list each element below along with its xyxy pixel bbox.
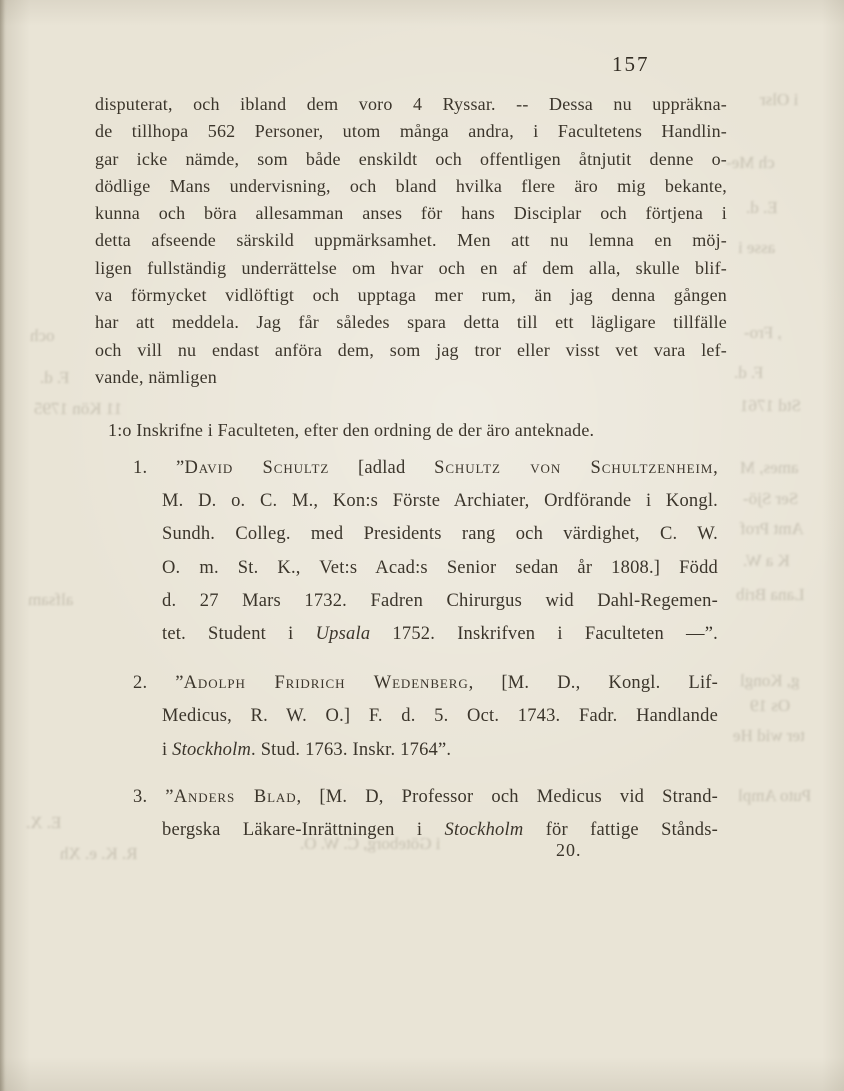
text-segment: 2. ” [133, 673, 184, 693]
bleed-through-text: och [30, 326, 55, 346]
bleed-through-text: , Fro- [744, 323, 782, 343]
text-segment: detta afseende särskild uppmärksamhet. M… [95, 230, 727, 250]
text-segment: Medicus, R. W. O.] F. d. 5. Oct. 1743. F… [162, 706, 718, 726]
text-line: dödlige Mans undervisning, och bland hvi… [95, 173, 727, 200]
text-segment: [adlad [329, 458, 434, 478]
bleed-through-text: E. X. [26, 813, 61, 833]
person-name: David Schultz [184, 458, 329, 478]
text-segment: va förmycket vidlöftigt och upptaga mer … [95, 285, 727, 305]
bleed-through-text: g, Kongl [740, 671, 800, 691]
bleed-through-text: ch Me- [726, 153, 775, 173]
bleed-through-text: F. d. [40, 368, 69, 388]
text-segment: M. D. o. C. M., Kon:s Förste Archiater, … [162, 491, 718, 511]
text-line: Sundh. Colleg. med Presidents rang och v… [162, 518, 718, 551]
text-segment: disputerat, och ibland dem voro 4 Ryssar… [95, 94, 727, 114]
text-line: va förmycket vidlöftigt och upptaga mer … [95, 282, 727, 309]
bleed-through-text: Ser Sjö- [743, 489, 798, 509]
text-line: M. D. o. C. M., Kon:s Förste Archiater, … [162, 485, 718, 518]
italic-text: Stockholm [445, 820, 524, 840]
bleed-through-text: Amt Prof [740, 519, 804, 539]
bleed-through-text: 11 Kön 1795 [34, 399, 122, 419]
text-line: tet. Student i Upsala 1752. Inskrifven i… [162, 618, 718, 651]
text-segment: i [162, 740, 172, 760]
text-segment: 1752. Inskrifven i Faculteten —”. [370, 624, 718, 644]
bleed-through-text: i Olsr [760, 90, 798, 110]
text-line: 1. ”David Schultz [adlad Schultz von Sch… [162, 452, 718, 485]
book-page: i Olsrch Me-E. d.asse i, Fro-F. d.Std 17… [0, 0, 844, 1091]
section-heading: 1:o Inskrifne i Faculteten, efter den or… [108, 417, 728, 443]
text-segment: bergska Läkare-Inrättningen i [162, 820, 445, 840]
text-line: d. 27 Mars 1732. Fadren Chirurgus wid Da… [162, 585, 718, 618]
text-line: och vill nu endast anföra dem, som jag t… [95, 337, 727, 364]
text-segment: , [713, 458, 718, 478]
text-segment: för fattige Stånds- [523, 820, 718, 840]
text-segment: de tillhopa 562 Personer, utom många and… [95, 121, 727, 141]
italic-text: Upsala [316, 624, 371, 644]
text-line: disputerat, och ibland dem voro 4 Ryssar… [95, 91, 727, 118]
text-line: 1:o Inskrifne i Faculteten, efter den or… [108, 417, 728, 443]
text-segment: vande, nämligen [95, 367, 217, 387]
bleed-through-text: ter wid He [733, 726, 805, 746]
person-name: Anders Blad [174, 787, 297, 807]
text-segment: har att meddela. Jag får således spara d… [95, 312, 727, 332]
bleed-through-text: Puto Ampl [738, 786, 811, 806]
list-entry: 2. ”Adolph Fridrich Wedenberg, [M. D., K… [162, 667, 718, 767]
bleed-through-text: Os 19 [750, 696, 790, 716]
text-line: gar icke nämde, som både enskildt och of… [95, 146, 727, 173]
text-line: kunna och böra allesamman anses för hans… [95, 200, 727, 227]
text-segment: 1:o Inskrifne i Faculteten, efter den or… [108, 420, 594, 440]
text-line: i Stockholm. Stud. 1763. Inskr. 1764”. [162, 734, 718, 767]
text-segment: , [M. D., Kongl. Lif- [469, 673, 718, 693]
list-entry: 3. ”Anders Blad, [M. D, Professor och Me… [162, 781, 718, 847]
text-segment: Sundh. Colleg. med Presidents rang och v… [162, 524, 718, 544]
bleed-through-text: Std 1761 [740, 396, 801, 416]
signature-mark: 20. [556, 840, 582, 861]
text-line: de tillhopa 562 Personer, utom många and… [95, 118, 727, 145]
bleed-through-text: E. d. [746, 198, 778, 218]
person-name: Adolph Fridrich Wedenberg [184, 673, 469, 693]
bleed-through-text: F. d. [734, 363, 763, 383]
text-line: vande, nämligen [95, 364, 727, 391]
text-segment: dödlige Mans undervisning, och bland hvi… [95, 176, 727, 196]
text-segment: ligen fullständig underrättelse om hvar … [95, 258, 727, 278]
intro-paragraph: disputerat, och ibland dem voro 4 Ryssar… [95, 91, 727, 391]
text-segment: d. 27 Mars 1732. Fadren Chirurgus wid Da… [162, 591, 718, 611]
text-segment: 3. ” [133, 787, 174, 807]
text-line: O. m. St. K., Vet:s Acad:s Senior sedan … [162, 552, 718, 585]
page-edge-shadow [0, 0, 5, 1091]
text-segment: O. m. St. K., Vet:s Acad:s Senior sedan … [162, 558, 718, 578]
bleed-through-text: Lana Brib [736, 585, 804, 605]
text-segment: . Stud. 1763. Inskr. 1764”. [251, 740, 451, 760]
text-line: 3. ”Anders Blad, [M. D, Professor och Me… [162, 781, 718, 814]
text-segment: och vill nu endast anföra dem, som jag t… [95, 340, 727, 360]
bleed-through-text: ames, M [740, 458, 799, 478]
page-number: 157 [612, 52, 650, 77]
text-segment: , [M. D, Professor och Medicus vid Stran… [297, 787, 719, 807]
text-line: har att meddela. Jag får således spara d… [95, 309, 727, 336]
bleed-through-text: K a W. [743, 551, 790, 571]
text-line: Medicus, R. W. O.] F. d. 5. Oct. 1743. F… [162, 700, 718, 733]
text-segment: 1. ” [133, 458, 184, 478]
italic-text: Stockholm [172, 740, 251, 760]
bleed-through-text: asse i [738, 238, 775, 258]
text-line: 2. ”Adolph Fridrich Wedenberg, [M. D., K… [162, 667, 718, 700]
text-line: ligen fullständig underrättelse om hvar … [95, 255, 727, 282]
bleed-through-text: alfsam [28, 590, 73, 610]
text-line: bergska Läkare-Inrättningen i Stockholm … [162, 814, 718, 847]
text-line: detta afseende särskild uppmärksamhet. M… [95, 227, 727, 254]
text-segment: kunna och böra allesamman anses för hans… [95, 203, 727, 223]
list-entry: 1. ”David Schultz [adlad Schultz von Sch… [162, 452, 718, 651]
text-segment: tet. Student i [162, 624, 316, 644]
text-segment: gar icke nämde, som både enskildt och of… [95, 149, 727, 169]
person-name: Schultz von Schultzenheim [434, 458, 713, 478]
entry-list: 1. ”David Schultz [adlad Schultz von Sch… [162, 452, 718, 847]
bleed-through-text: R. K. e. Xh [60, 844, 137, 864]
